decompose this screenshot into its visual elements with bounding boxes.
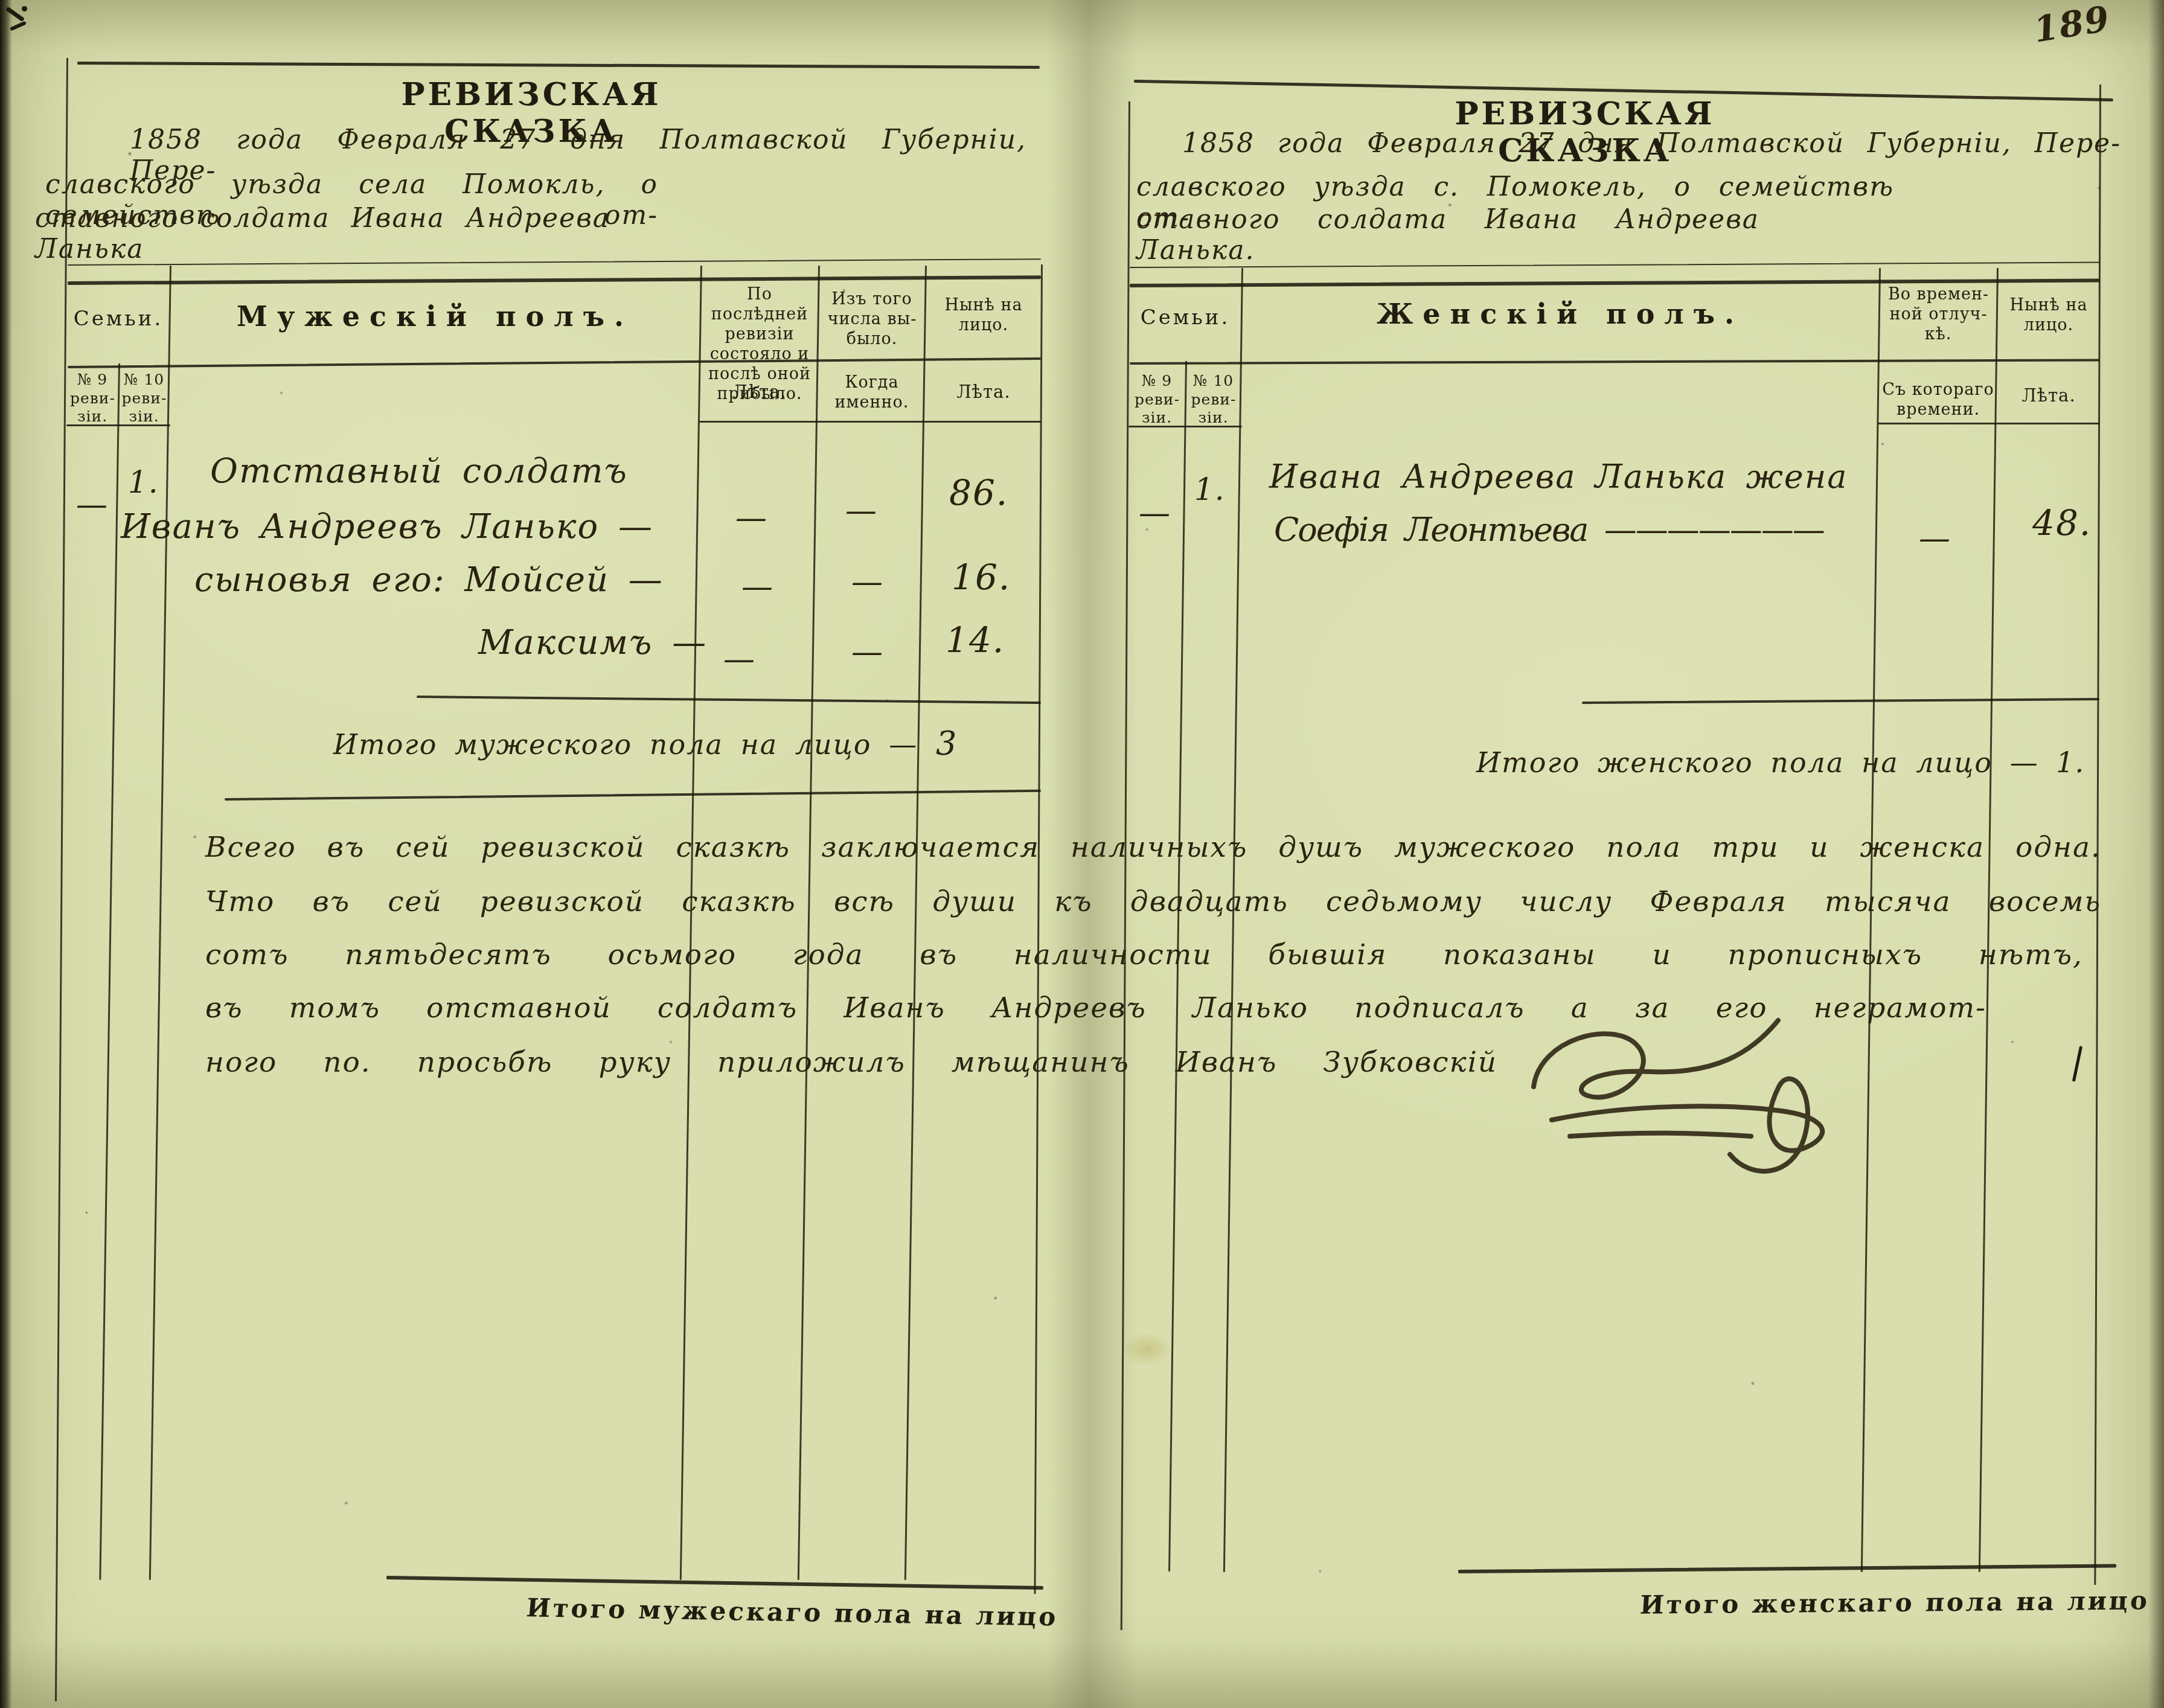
footer-male-total-label: Итого мужескаго пола на лицо — [525, 1593, 1060, 1631]
column-divider — [680, 266, 702, 1580]
scan-right-edge — [2148, 0, 2164, 1708]
cell-rev10: 1. — [1194, 472, 1226, 507]
column-header-gender: Женскій полъ. — [1241, 297, 1879, 331]
column-divider — [1979, 268, 1999, 1572]
column-header-present: Нынѣ на лицо. — [1998, 296, 2099, 336]
corner-ink-mark — [10, 21, 27, 31]
cell-age-now: 16. — [952, 557, 1011, 598]
subheader-rev9: № 9 реви­зіи. — [66, 371, 118, 426]
heading-line: 1858 года Февраля 27 дня Полтавской Губе… — [1182, 128, 2121, 159]
totals-top-rule — [1582, 698, 2099, 704]
heading-line: ставного солдата Ивана Андреева Ланька. — [1136, 204, 1759, 266]
table-left-border — [55, 58, 68, 1701]
group-header-bottom-rule — [1130, 359, 2099, 365]
column-divider — [1861, 268, 1881, 1572]
female-total-line: Итого женского пола на лицо — 1. — [1476, 746, 2085, 779]
column-header-family: Семьи. — [1128, 305, 1242, 330]
corner-ink-mark — [22, 6, 27, 11]
cell-age-now: 86. — [949, 472, 1008, 513]
cell-rev10: 1. — [128, 465, 159, 500]
affidavit-line: Всего въ сей ревизской сказкѣ заключаетс… — [205, 831, 2101, 864]
heading-line: ставного солдата Ивана Андреева Ланька — [35, 203, 610, 264]
page-top-rule — [77, 62, 1040, 69]
column-divider — [1223, 268, 1243, 1572]
cell-rev9: — — [71, 487, 114, 523]
subheader-since-when: Съ котораго времени. — [1880, 380, 1996, 420]
table-right-border — [1034, 264, 1043, 1594]
male-total-line: Итого мужеского пола на лицо — — [333, 728, 918, 761]
signature-flourish — [1497, 996, 1908, 1189]
column-divider — [149, 266, 171, 1580]
column-header-gender: Мужескій полъ. — [170, 299, 700, 333]
cell-name: Максимъ — — [478, 623, 707, 662]
subheader-when: Когда имен­но. — [819, 373, 924, 413]
totals-top-rule — [417, 696, 1041, 704]
cell-rev9: — — [1134, 495, 1176, 531]
cell-when: — — [828, 634, 907, 670]
subheader-rule-ages — [1878, 423, 2099, 424]
subheader-rule-ages — [699, 421, 1041, 423]
footer-female-total-label: Итого женскаго пола на лицо — [1639, 1585, 2151, 1619]
cell-prev-age: — — [712, 500, 791, 536]
subheader-years-prev: Лѣта. — [702, 382, 818, 403]
cell-when: — — [828, 564, 907, 600]
table-bottom-rule — [1458, 1564, 2116, 1573]
affidavit-line: ного по. просьбѣ руку приложилъ мѣщанинъ… — [205, 1046, 1497, 1079]
column-divider — [798, 266, 820, 1580]
cell-name: Отставный солдатъ — [210, 452, 628, 491]
cell-prev-age: — — [719, 569, 797, 605]
subheader-rev9: № 9 реви­зіи. — [1128, 372, 1185, 427]
scanned-revision-list-sheet: 189 РЕВИЗСКАЯ СКАЗКА 1858 года Февраля 2… — [0, 0, 2164, 1708]
column-header-departed: Изъ того числа вы­было. — [819, 290, 924, 350]
cell-name: Ивана Андреева Ланька жена — [1269, 458, 1848, 496]
column-header-present: Нынѣ на лицо. — [926, 296, 1041, 336]
subheader-years-now: Лѣта. — [926, 382, 1041, 403]
cell-age-now: 48. — [2032, 502, 2092, 543]
stray-ink-mark — [2072, 1046, 2082, 1082]
male-total-value: 3 — [936, 724, 958, 763]
cell-name: сыновья его: Мойсей — — [194, 560, 664, 600]
group-header-bottom-rule — [68, 357, 1041, 368]
cell-name: Соефія Леонтьева ——————— — [1274, 511, 1824, 549]
subheader-years-now: Лѣта. — [1998, 385, 2099, 406]
affidavit-line: сотъ пятьдесятъ осьмого года въ наличнос… — [205, 938, 2083, 971]
table-bottom-rule — [386, 1576, 1043, 1590]
column-divider — [99, 363, 120, 1580]
affidavit-line: Что въ сей ревизской сказкѣ всѣ души къ … — [205, 885, 2101, 918]
column-header-absence: Во времен­ной отлуч­кѣ. — [1880, 285, 1996, 345]
cell-when: — — [822, 493, 901, 529]
cell-absence: — — [1896, 520, 1974, 557]
cell-name: Иванъ Андреевъ Ланько — — [121, 507, 653, 546]
column-divider — [904, 266, 927, 1580]
cell-age-now: 14. — [946, 619, 1005, 660]
scan-left-edge — [0, 0, 12, 1708]
column-header-family: Семьи. — [66, 307, 170, 331]
page-number: 189 — [2031, 0, 2113, 51]
table-top-thick-rule — [68, 275, 1041, 285]
subheader-rev10: № 10 реви­зіи. — [118, 371, 170, 426]
cell-prev-age: — — [700, 641, 779, 677]
subheader-rev10: № 10 реви­зіи. — [1185, 372, 1241, 427]
